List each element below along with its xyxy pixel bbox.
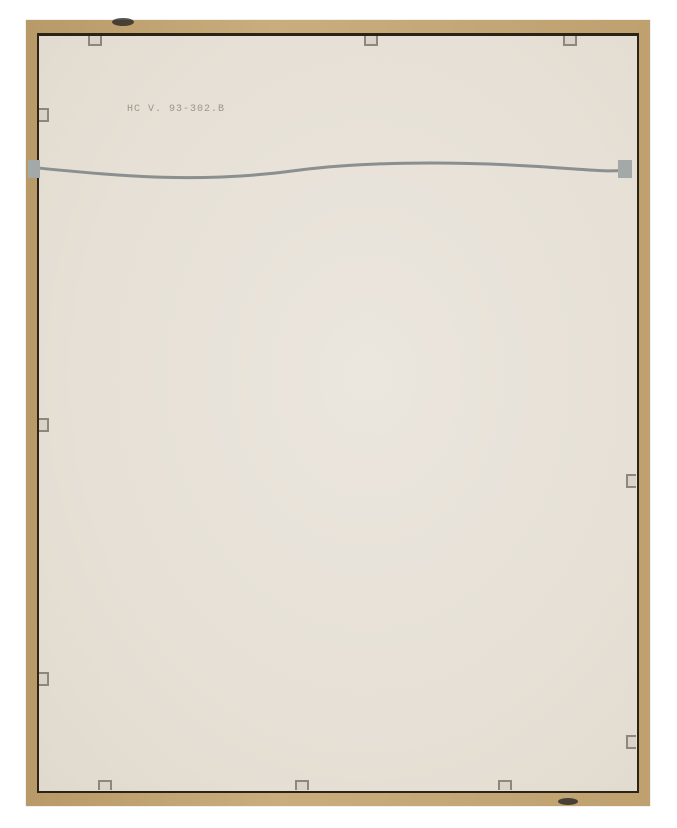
d-ring-right xyxy=(618,160,632,178)
d-ring-left xyxy=(28,160,40,178)
hanging-wire xyxy=(0,0,677,828)
